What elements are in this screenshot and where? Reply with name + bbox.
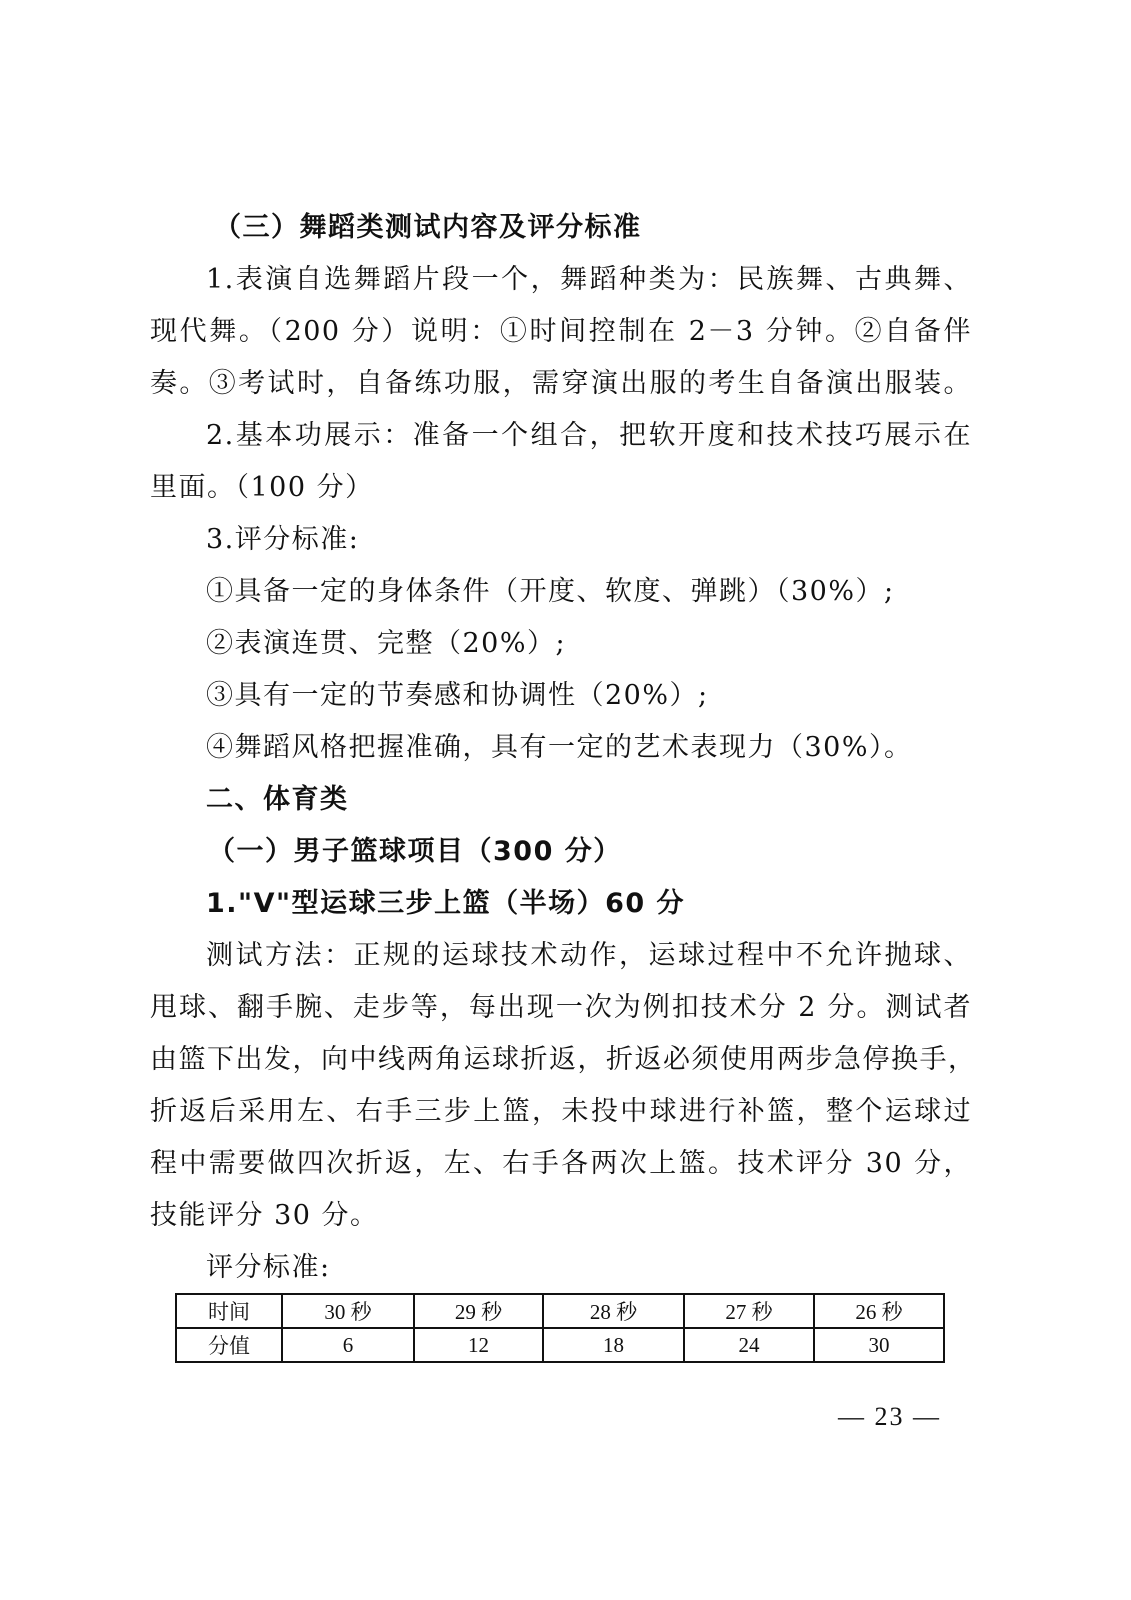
method-line-6: 技能评分 30 分。	[150, 1198, 379, 1234]
criteria-item-1: ①具备一定的身体条件（开度、软度、弹跳）（30%）;	[206, 574, 895, 610]
table-cell: 30 秒	[282, 1294, 414, 1328]
row-header-score: 分值	[176, 1328, 282, 1362]
criteria-item-3: ③具有一定的节奏感和协调性（20%）;	[206, 678, 709, 714]
method-line-1: 测试方法：正规的运球技术动作，运球过程中不允许抛球、	[150, 938, 972, 974]
dance-item1-line2: 现代舞。（200 分）说明：①时间控制在 2－3 分钟。②自备伴	[150, 314, 972, 350]
dance-item1-line1: 1.表演自选舞蹈片段一个，舞蹈种类为：民族舞、古典舞、	[150, 262, 972, 298]
row-header-time: 时间	[176, 1294, 282, 1328]
table-cell: 28 秒	[543, 1294, 684, 1328]
table-cell: 27 秒	[684, 1294, 814, 1328]
criteria-item-2: ②表演连贯、完整（20%）;	[206, 626, 566, 662]
criteria-item-4: ④舞蹈风格把握准确，具有一定的艺术表现力（30%）。	[206, 730, 913, 766]
table-cell: 18	[543, 1328, 684, 1362]
table-cell: 26 秒	[814, 1294, 944, 1328]
table-cell: 6	[282, 1328, 414, 1362]
page-number: — 23 —	[838, 1402, 941, 1432]
table-cell: 30	[814, 1328, 944, 1362]
dance-item1-line3: 奏。③考试时，自备练功服，需穿演出服的考生自备演出服装。	[150, 366, 972, 402]
table-row-score: 分值 6 12 18 24 30	[176, 1328, 944, 1362]
dance-item2-line1: 2.基本功展示：准备一个组合，把软开度和技术技巧展示在	[150, 418, 972, 454]
dance-section-heading: （三）舞蹈类测试内容及评分标准	[214, 210, 642, 246]
scoring-label: 评分标准:	[206, 1250, 331, 1286]
table-cell: 29 秒	[414, 1294, 543, 1328]
method-line-4: 折返后采用左、右手三步上篮，未投中球进行补篮，整个运球过	[150, 1094, 972, 1130]
method-line-3: 由篮下出发，向中线两角运球折返，折返必须使用两步急停换手，	[150, 1042, 972, 1078]
table-cell: 24	[684, 1328, 814, 1362]
method-line-5: 程中需要做四次折返，左、右手各两次上篮。技术评分 30 分，	[150, 1146, 972, 1182]
sports-section-heading: 二、体育类	[206, 782, 349, 818]
table-cell: 12	[414, 1328, 543, 1362]
table-row-time: 时间 30 秒 29 秒 28 秒 27 秒 26 秒	[176, 1294, 944, 1328]
scoring-table: 时间 30 秒 29 秒 28 秒 27 秒 26 秒 分值 6 12 18 2…	[175, 1293, 945, 1363]
sports-subheading: （一）男子篮球项目（300 分）	[208, 834, 622, 870]
method-line-2: 甩球、翻手腕、走步等，每出现一次为例扣技术分 2 分。测试者	[150, 990, 972, 1026]
sports-item-title: 1."V"型运球三步上篮（半场）60 分	[206, 886, 685, 922]
dance-item2-line2: 里面。（100 分）	[150, 470, 374, 506]
dance-item3-title: 3.评分标准:	[206, 522, 359, 558]
